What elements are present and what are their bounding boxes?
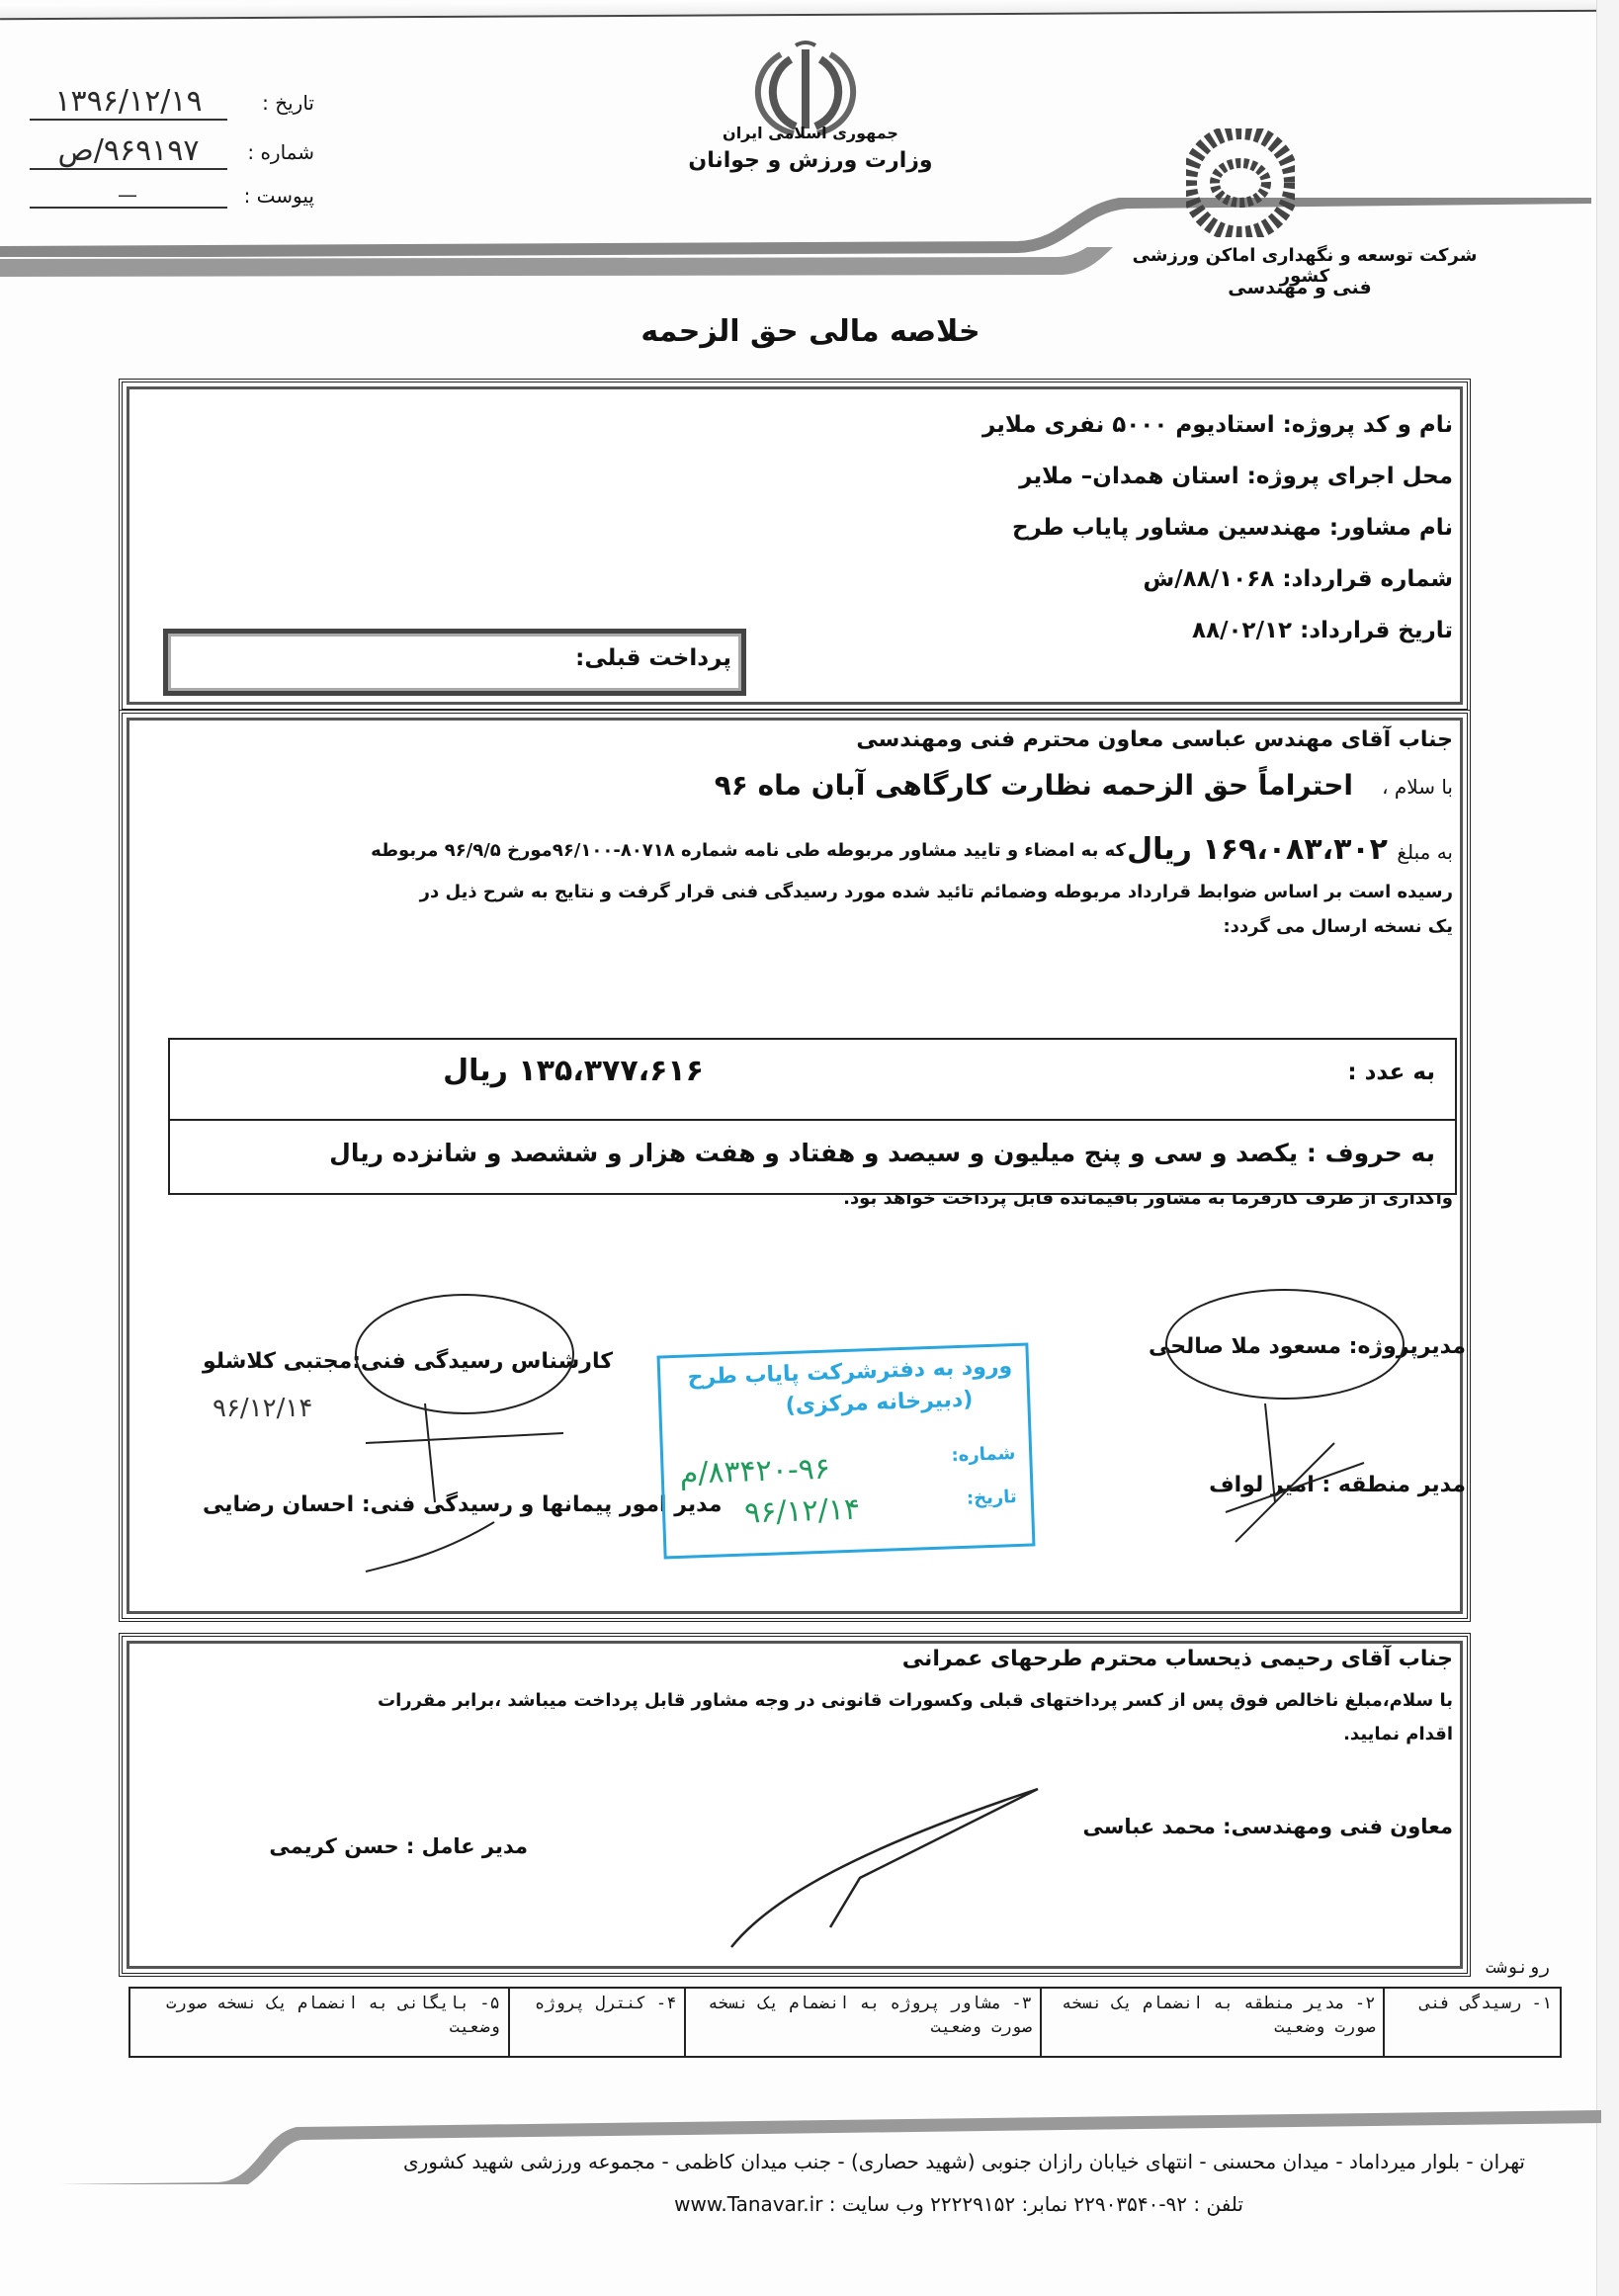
copy-item: ۵- بایگانی به انضمام یک نسخه صورت وضعیت: [129, 1988, 509, 2057]
stamp-number-value: ۸۳۴۲۰-۹۶/م: [679, 1452, 830, 1491]
copy-item: ۲- مدیر منطقه به انضمام یک نسخه صورت وضع…: [1041, 1988, 1385, 2057]
scan-edge: [0, 0, 1619, 20]
stamp-line1: ورود به دفترشرکت پایاب طرح: [687, 1354, 1012, 1390]
letter-body-line3: یک نسخه ارسال می گردد:: [1223, 916, 1453, 937]
reviewer-date-handwritten: ۹۶/۱۲/۱۴: [213, 1394, 312, 1423]
amount-numeric-label: به عدد :: [1347, 1060, 1435, 1085]
copies-table: ۱- رسیدگی فنی ۲- مدیر منطقه به انضمام یک…: [128, 1987, 1562, 2058]
copy-item: ۱- رسیدگی فنی: [1384, 1988, 1561, 2057]
stamp-number-label: شماره:: [951, 1443, 1015, 1466]
treasury-body-line2: اقدام نمایید.: [1343, 1724, 1453, 1744]
contract-number: شماره قرارداد: ۸۸/۱۰۶۸/ش: [1144, 566, 1453, 592]
receipt-stamp: ورود به دفترشرکت پایاب طرح (دبیرخانه مرک…: [657, 1343, 1036, 1560]
number-label: شماره :: [235, 140, 314, 164]
deputy-signature: معاون فنی ومهندسی: محمد عباسی: [1083, 1815, 1454, 1838]
consultant-name: نام مشاور: مهندسین مشاور پایاب طرح: [1012, 515, 1453, 541]
amount-numeric-value: ۱۳۵،۳۷۷،۶۱۶ ریال: [443, 1054, 704, 1088]
stamp-date-label: تاریخ:: [967, 1487, 1018, 1509]
project-location: محل اجرای پروژه: استان همدان– ملایر: [1019, 464, 1453, 489]
project-name: نام و کد پروژه: استادیوم ۵۰۰۰ نفری ملایر: [982, 412, 1453, 438]
date-value: ۱۳۹۶/۱۲/۱۹: [30, 84, 227, 121]
treasury-addressee: جناب آقای رحیمی ذیحساب محترم طرحهای عمرا…: [902, 1647, 1453, 1671]
previous-payment-label: پرداخت قبلی:: [575, 645, 731, 671]
ministry-name: وزارت ورزش و جوانان: [652, 148, 969, 173]
copy-item: ۴- کنترل پروژه: [509, 1988, 686, 2057]
net-amount-box: به عدد : ۱۳۵،۳۷۷،۶۱۶ ریال به حروف : یکصد…: [168, 1038, 1457, 1195]
letter-addressee: جناب آقای مهندس عباسی معاون محترم فنی وم…: [856, 727, 1453, 752]
number-value: ۹۶۹۱۹۷/ص: [30, 133, 227, 170]
signature-scribble-icon: [712, 1779, 1087, 1957]
date-label: تاریخ :: [235, 91, 314, 115]
company-department: فنی و مهندسی: [1186, 277, 1413, 298]
signature-scribble-icon: [1087, 1285, 1463, 1562]
footer-address: تهران - بلوار میرداماد - میدان محسنی - ا…: [403, 2150, 1525, 2173]
signature-scribble-icon: [306, 1285, 623, 1581]
treasury-body-line1: با سلام،مبلغ ناخالص فوق پس از کسر پرداخت…: [378, 1690, 1453, 1711]
number-row: شماره : ۹۶۹۱۹۷/ص: [30, 133, 314, 170]
letter-greeting: با سلام ،: [1382, 775, 1453, 799]
footer-contact: تلفن : ۹۲-۲۲۹۰۳۵۴۰ نمابر: ۲۲۲۲۹۱۵۲ وب سا…: [674, 2192, 1243, 2216]
gross-amount: ۱۶۹،۰۸۳،۳۰۲ ریال: [1127, 832, 1388, 867]
contract-date: تاریخ قرارداد: ۸۸/۰۲/۱۲: [1192, 618, 1453, 643]
scan-edge-right: [1596, 0, 1619, 2296]
date-row: تاریخ : ۱۳۹۶/۱۲/۱۹: [30, 84, 314, 121]
letter-subject: احتراماً حق الزحمه نظارت کارگاهی آبان ما…: [715, 769, 1353, 802]
copy-item: ۳- مشاور پروژه به انضمام یک نسخه صورت وض…: [685, 1988, 1041, 2057]
amount-prefix: به مبلغ: [1397, 840, 1453, 864]
document-title: خلاصه مالی حق الزحمه: [593, 314, 1028, 349]
amount-divider: [170, 1119, 1455, 1121]
amount-in-words: به حروف : یکصد و سی و پنج میلیون و سیصد …: [329, 1139, 1435, 1167]
ceo-signature: مدیر عامل : حسن کریمی: [269, 1834, 528, 1858]
stamp-line2: (دبیرخانه مرکزی): [785, 1387, 973, 1418]
previous-payment-box: پرداخت قبلی:: [163, 629, 746, 696]
letter-body-line2: رسیده است بر اساس ضوابط قرارداد مربوطه و…: [420, 882, 1453, 902]
company-logo-icon: [1186, 128, 1295, 237]
copies-label: رونوشت: [1486, 1957, 1550, 1978]
emblem-caption: جمهوری اسلامی ایران: [682, 124, 939, 142]
letter-body-line1: که به امضاء و تایید مشاور مربوطه طی نامه…: [371, 840, 1126, 861]
stamp-date-value: ۹۶/۱۲/۱۴: [744, 1492, 861, 1531]
